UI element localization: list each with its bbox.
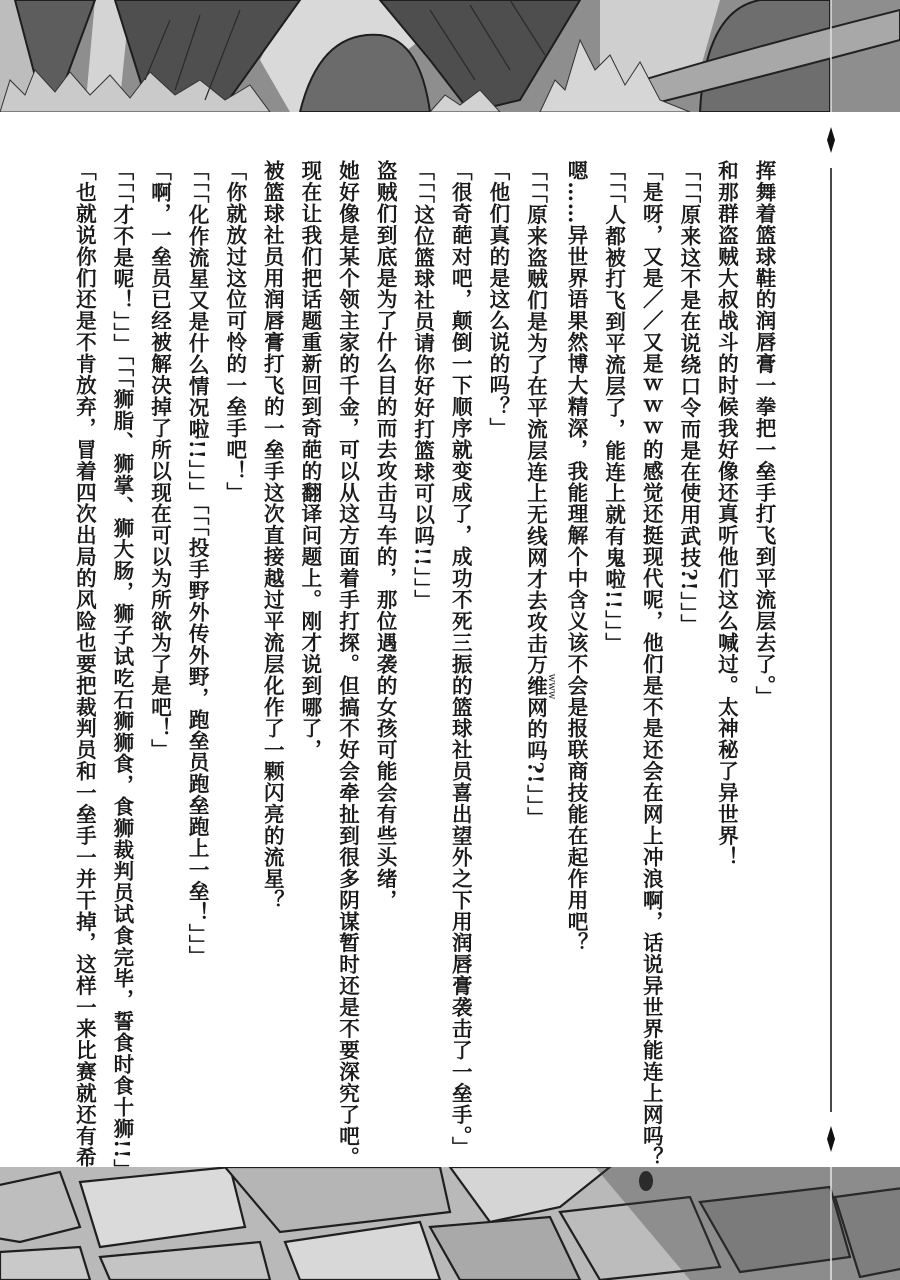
paragraph: 她好像是某个领主家的千金，可以从这方面着手打探。但搞不好会牵扯到很多阴谋暂时还是…	[328, 160, 366, 1150]
novel-text-body: 挥舞着篮球鞋的润唇膏一拳把一垒手打飞到平流层去了。」 和那群盗贼大叔战斗的时候我…	[65, 160, 782, 1150]
bottom-illustration	[0, 1167, 900, 1280]
side-rule	[830, 168, 832, 1112]
paragraph: 「是呀，又是／／又是ｗｗｗ的感觉还挺现代呢，他们是不是还会在网上冲浪啊，话说异世…	[632, 160, 670, 1150]
diamond-ornament-top	[825, 127, 837, 153]
paragraph: 「也就说你们还是不肯放弃，冒着四次出局的风险也要把裁判员和一垒手一并干掉，这样一…	[65, 160, 103, 1150]
paragraph: 和那群盗贼大叔战斗的时候我好像还真听他们这么喊过。太神秘了异世界！	[707, 160, 745, 1150]
top-illustration	[0, 0, 900, 112]
paragraph: 「「「化作流星又是什么情况啦!!」」」「「「投手野外传外野，跑垒员跑垒跑上一垒！…	[178, 160, 216, 1150]
paragraph: 被篮球社员用润唇膏打飞的一垒手这次直接越过平流层化作了一颗闪亮的流星？	[253, 160, 291, 1150]
paragraph: 「「「原来这不是在说绕口令而是在使用武技?!」」」	[669, 160, 707, 1150]
ruby-annotation: 万维网www	[523, 654, 547, 718]
diamond-ornament-bottom	[825, 1126, 837, 1152]
paragraph: 嗯……异世界语果然博大精深，我能理解个中含义该不会是报联商技能在起作用吧？	[556, 160, 594, 1150]
paragraph: 「「「这位篮球社员请你好好打篮球可以吗!!」」」	[403, 160, 441, 1150]
paragraph: 「「「人都被打飞到平流层了，能连上就有鬼啦!!」」」	[594, 160, 632, 1150]
paragraph: 「「「才不是呢！」」」「「「狮脂、狮掌、狮大肠，狮子试吃石狮狮食，食狮裁判员试食…	[102, 160, 140, 1150]
paragraph: 「你就放过这位可怜的一垒手吧！」	[215, 160, 253, 1150]
paragraph: 挥舞着篮球鞋的润唇膏一拳把一垒手打飞到平流层去了。」	[744, 160, 782, 1150]
paragraph: 现在让我们把话题重新回到奇葩的翻译问题上。刚才说到哪了，	[290, 160, 328, 1150]
paragraph: 「啊，一垒员已经被解决掉了所以现在可以为所欲为了是吧！」	[140, 160, 178, 1150]
paragraph: 「他们真的是这么说的吗？」	[478, 160, 516, 1150]
paragraph: 盗贼们到底是为了什么目的而去攻击马车的，那位遇袭的女孩可能会有些头绪，	[365, 160, 403, 1150]
paragraph-with-ruby: 「「「原来盗贼们是为了在平流层连上无线网才去攻击万维网www的吗?!」」」	[516, 160, 557, 1150]
paragraph: 「很奇葩对吧，颠倒一下顺序就变成了，成功不死三振的篮球社员喜出望外之下用润唇膏袭…	[441, 160, 479, 1150]
